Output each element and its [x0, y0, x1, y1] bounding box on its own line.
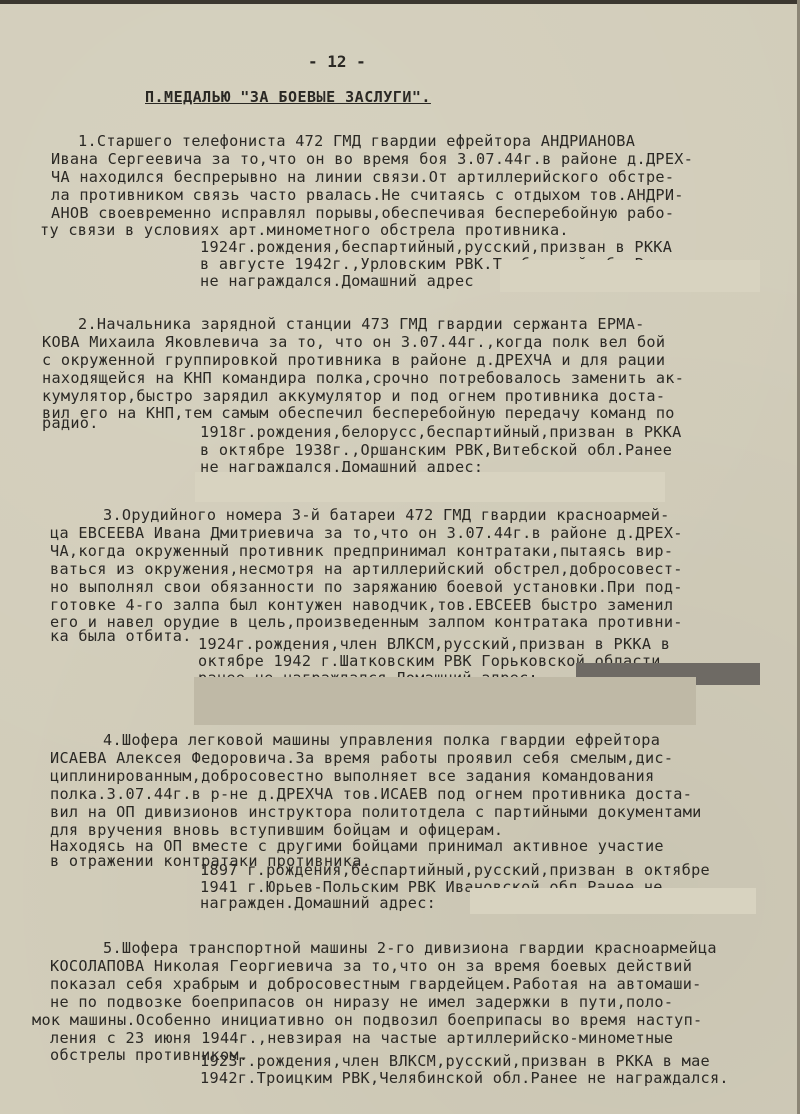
bio-line: 1918г.рождения,белорусс,беспартийный,при… — [200, 424, 682, 440]
entry-text-line: АНОВ своевременно исправлял порывы,обесп… — [51, 205, 674, 221]
bio-line: 1897 г.рождения,беспартийный,русский,при… — [200, 862, 710, 878]
entry-text-line: 3.Орудийного номера 3-й батареи 472 ГМД … — [103, 507, 670, 523]
entry-text-line: Ивана Сергеевича за то,что он во время б… — [51, 151, 693, 167]
entry-text-line: ту связи в условиях арт.минометного обст… — [40, 222, 569, 238]
bio-line: 1924г.рождения,беспартийный,русский,приз… — [200, 239, 672, 255]
redacted-address — [470, 888, 756, 914]
entry-text-line: ка была отбита. — [50, 628, 192, 644]
entry-text-line: 5.Шофера транспортной машины 2-го дивизи… — [103, 940, 717, 956]
entry-text-line: ЧА находился беспрерывно на линии связи.… — [51, 169, 674, 185]
bio-line: 1924г.рождения,член ВЛКСМ,русский,призва… — [198, 636, 670, 652]
bio-line: 1923г.рождения,член ВЛКСМ,русский,призва… — [200, 1053, 710, 1069]
entry-text-line: готовке 4-го залпа был контужен наводчик… — [50, 597, 673, 613]
entry-text-line: КОВА Михаила Яковлевича за то, что он 3.… — [42, 334, 665, 350]
entry-text-line: 2.Начальника зарядной станции 473 ГМД гв… — [78, 316, 645, 332]
entry-text-line: мок машины.Особенно инициативно он подво… — [32, 1012, 703, 1028]
entry-text-line: ЧА,когда окруженный противник предприним… — [50, 543, 673, 559]
entry-text-line: ца ЕВСЕЕВА Ивана Дмитриевича за то,что о… — [50, 525, 683, 541]
bio-line: не награждался.Домашний адрес — [200, 273, 474, 289]
entry-text-line: не по подвозке боеприпасов он ниразу не … — [50, 994, 673, 1010]
entry-text-line: циплинированным,добросовестно выполняет … — [50, 768, 654, 784]
redacted-address — [500, 260, 760, 292]
entry-text-line: ваться из окружения,несмотря на артиллер… — [50, 561, 683, 577]
entry-text-line: кумулятор,быстро зарядил аккумулятор и п… — [42, 388, 665, 404]
redacted-address — [194, 677, 696, 725]
bio-line: награжден.Домашний адрес: — [200, 895, 436, 911]
entry-text-line: 1.Старшего телефониста 472 ГМД гвардии е… — [78, 133, 635, 149]
bio-line: 1942г.Троицким РВК,Челябинской обл.Ранее… — [200, 1070, 729, 1086]
entry-text-line: ИСАЕВА Алексея Федоровича.За время работ… — [50, 750, 673, 766]
entry-text-line: вил на ОП дивизионов инструктора политот… — [50, 804, 702, 820]
entry-text-line: находящейся на КНП командира полка,срочн… — [42, 370, 684, 386]
entry-text-line: с окруженной группировкой противника в р… — [42, 352, 665, 368]
entry-text-line: для вручения вновь вступившим бойцам и о… — [50, 822, 503, 838]
entry-text-line: ления с 23 июня 1944г.,невзирая на часты… — [50, 1030, 673, 1046]
page-number: - 12 - — [308, 52, 366, 71]
entry-text-line: но выполнял свои обязанности по заряжани… — [50, 579, 683, 595]
entry-text-line: полка.3.07.44г.в р-не д.ДРЕХЧА тов.ИСАЕВ… — [50, 786, 692, 802]
redacted-address — [195, 472, 665, 502]
document-page: - 12 - П.МЕДАЛЬЮ "ЗА БОЕВЫЕ ЗАСЛУГИ". 1.… — [0, 0, 800, 1114]
entry-text-line: вил его на КНП,тем самым обеспечил беспе… — [42, 405, 675, 421]
scan-top-edge — [0, 0, 800, 4]
entry-text-line: показал себя храбрым и добросовестным гв… — [50, 976, 702, 992]
entry-text-line: 4.Шофера легковой машины управления полк… — [103, 732, 660, 748]
bio-line: в октябре 1938г.,Оршанским РВК,Витебской… — [200, 442, 672, 458]
entry-text-line: ла противником связь часто рвалась.Не сч… — [51, 187, 684, 203]
entry-text-line: КОСОЛАПОВА Николая Георгиевича за то,что… — [50, 958, 692, 974]
section-heading: П.МЕДАЛЬЮ "ЗА БОЕВЫЕ ЗАСЛУГИ". — [145, 88, 431, 106]
entry-text-line: радио. — [42, 415, 99, 431]
